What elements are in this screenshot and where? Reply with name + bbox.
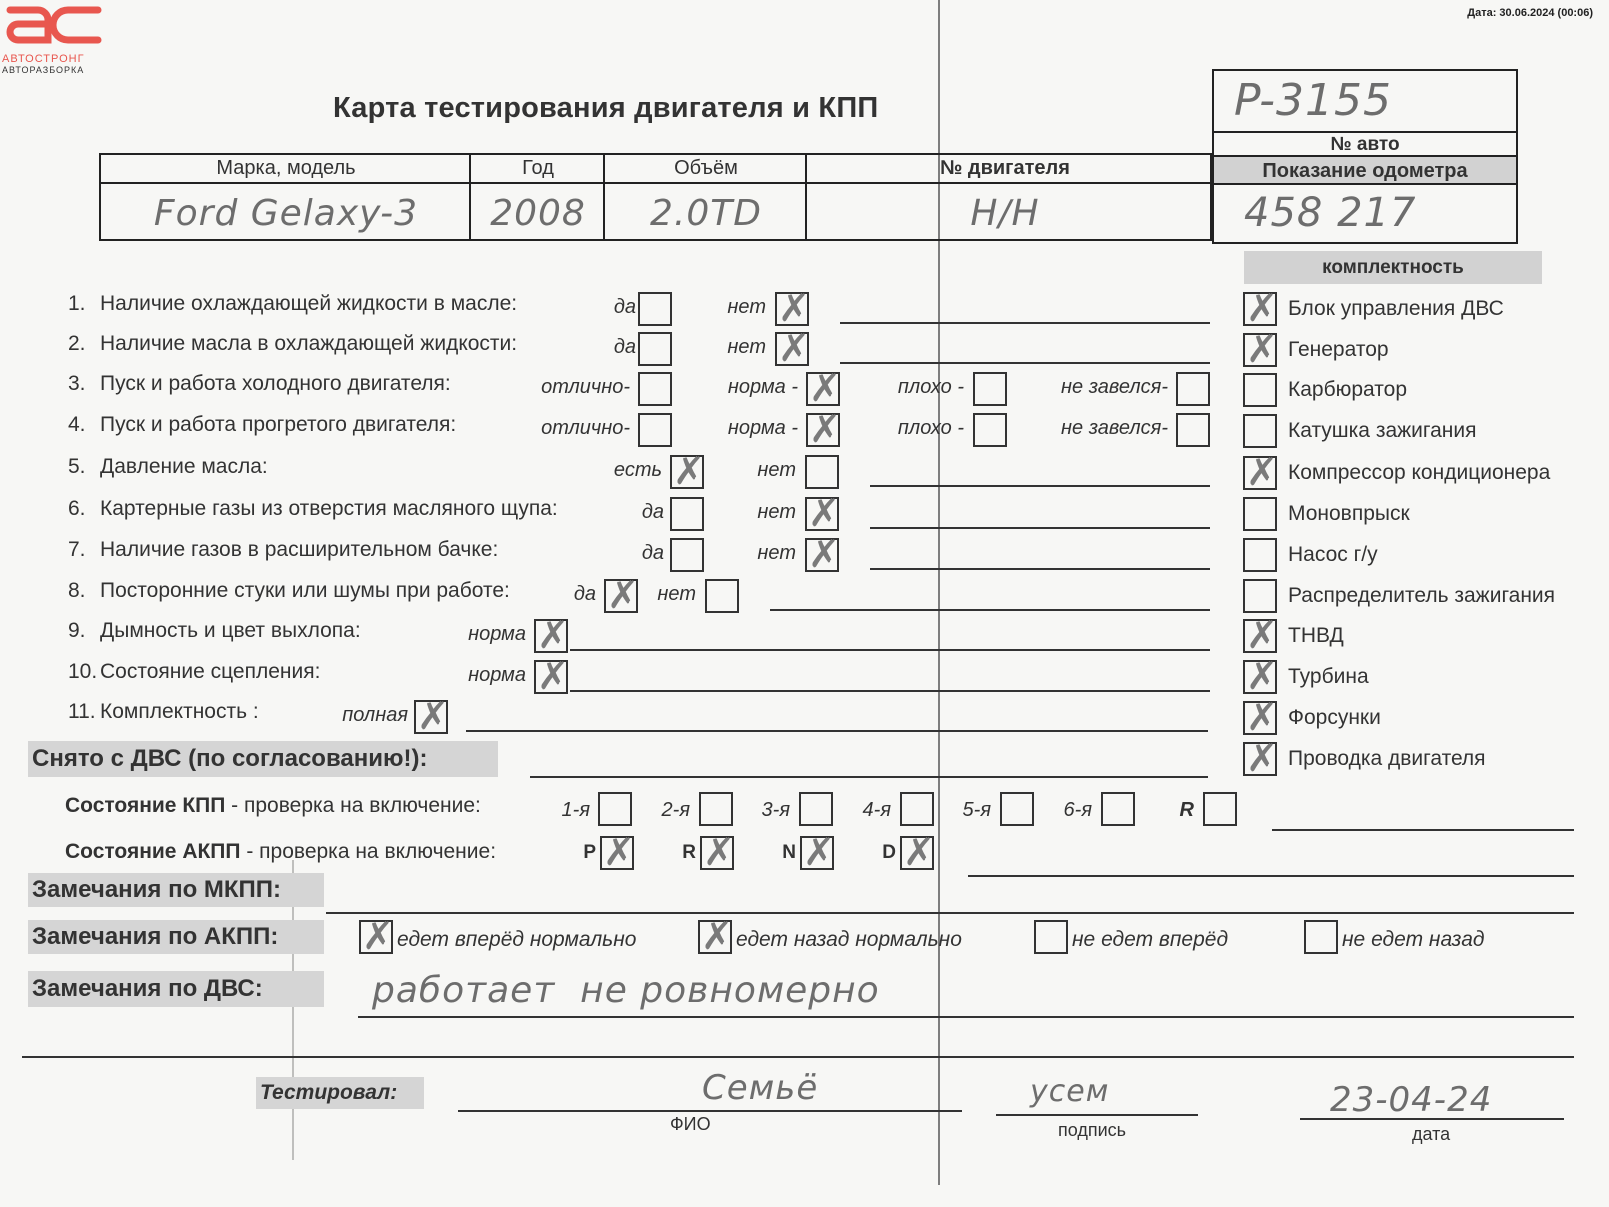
dvs-remarks-line[interactable] xyxy=(358,1016,1574,1018)
option-checkbox[interactable] xyxy=(1176,372,1210,406)
removed-from-engine-label: Снято с ДВС (по согласованию!): xyxy=(28,741,498,777)
brand-subtitle: АВТОРАЗБОРКА xyxy=(2,65,84,75)
option-label: полная xyxy=(342,704,408,727)
signature-value: усем xyxy=(1030,1074,1109,1109)
checklist-item-number: 1. xyxy=(68,292,100,316)
komplektnost-item-label: ТНВД xyxy=(1288,624,1344,648)
komplektnost-checkbox[interactable] xyxy=(1243,579,1277,613)
test-date-caption: дата xyxy=(1412,1124,1450,1145)
checklist-item-number: 9. xyxy=(68,619,100,643)
checklist-item-number: 8. xyxy=(68,579,100,603)
option-checkbox[interactable] xyxy=(534,660,568,694)
option-label: да xyxy=(642,501,664,524)
tester-name-caption: ФИО xyxy=(670,1114,711,1135)
dvs-remarks-value: работает не ровномерно xyxy=(372,970,880,1011)
checklist-notes-line[interactable] xyxy=(570,690,1210,692)
option-checkbox[interactable] xyxy=(775,332,809,366)
kpp-gear-label: 2-я xyxy=(662,799,690,822)
checklist-item-label: 7.Наличие газов в расширительном бачке: xyxy=(68,538,498,562)
komplektnost-checkbox[interactable] xyxy=(1243,456,1277,490)
kpp-gear-label: 4-я xyxy=(863,799,891,822)
kpp-gear-label: 5-я xyxy=(963,799,991,822)
column-make-model: Марка, модель xyxy=(101,155,471,184)
option-label: есть xyxy=(614,459,662,482)
checklist-notes-line[interactable] xyxy=(466,730,1208,732)
akpp-remark-label: едет назад нормально xyxy=(736,928,962,952)
komplektnost-item-label: Моновпрыск xyxy=(1288,502,1410,526)
extra-remarks-line[interactable] xyxy=(22,1056,1574,1058)
komplektnost-item-label: Генератор xyxy=(1288,338,1389,362)
option-checkbox[interactable] xyxy=(534,619,568,653)
checklist-item-label: 9.Дымность и цвет выхлопа: xyxy=(68,619,361,643)
checklist-notes-line[interactable] xyxy=(840,322,1210,324)
komplektnost-item-label: Турбина xyxy=(1288,665,1369,689)
option-checkbox[interactable] xyxy=(638,292,672,326)
checklist-item-label: 5.Давление масла: xyxy=(68,455,268,479)
option-checkbox[interactable] xyxy=(638,372,672,406)
akpp-gear-label: P xyxy=(583,842,596,864)
komplektnost-checkbox[interactable] xyxy=(1243,742,1277,776)
option-label: норма xyxy=(468,664,526,687)
option-checkbox[interactable] xyxy=(775,292,809,326)
mkpp-remarks-line[interactable] xyxy=(326,912,1574,914)
komplektnost-item-label: Форсунки xyxy=(1288,706,1381,730)
komplektnost-checkbox[interactable] xyxy=(1243,373,1277,407)
mkpp-remarks-label: Замечания по МКПП: xyxy=(28,873,324,907)
option-label: да xyxy=(614,336,636,359)
signature-line[interactable] xyxy=(996,1114,1198,1116)
akpp-gear-label: D xyxy=(882,842,896,864)
komplektnost-item-label: Проводка двигателя xyxy=(1288,747,1486,771)
option-checkbox[interactable] xyxy=(805,538,839,572)
brand-name: АВТОСТРОНГ xyxy=(2,53,85,65)
checklist-item-text: Наличие газов в расширительном бачке: xyxy=(100,538,498,561)
kpp-notes-line[interactable] xyxy=(1272,829,1574,831)
removed-from-engine-line[interactable] xyxy=(530,776,1208,778)
test-date-line[interactable] xyxy=(1300,1118,1564,1120)
komplektnost-checkbox[interactable] xyxy=(1243,414,1277,448)
test-date-value: 23-04-24 xyxy=(1330,1080,1492,1120)
option-label: норма - xyxy=(728,417,798,440)
checklist-notes-line[interactable] xyxy=(770,609,1210,611)
option-checkbox[interactable] xyxy=(806,413,840,447)
auto-number-label: № авто xyxy=(1214,131,1516,157)
tester-name-value: Семьё xyxy=(702,1068,818,1108)
kpp-gear-label: 1-я xyxy=(562,799,590,822)
checklist-item-label: 3.Пуск и работа холодного двигателя: xyxy=(68,372,451,396)
engine-number-value: H/H xyxy=(901,186,1109,241)
option-checkbox[interactable] xyxy=(805,497,839,531)
option-checkbox[interactable] xyxy=(806,372,840,406)
komplektnost-checkbox[interactable] xyxy=(1243,538,1277,572)
odometer-label: Показание одометра xyxy=(1214,157,1516,185)
komplektnost-checkbox[interactable] xyxy=(1243,701,1277,735)
checklist-item-number: 5. xyxy=(68,455,100,479)
checklist-item-text: Состояние сцепления: xyxy=(100,660,320,683)
akpp-gear-label: R xyxy=(682,842,696,864)
volume-value: 2.0TD xyxy=(605,186,807,241)
option-checkbox[interactable] xyxy=(670,538,704,572)
option-checkbox[interactable] xyxy=(414,700,448,734)
odometer-value: 458 217 xyxy=(1214,185,1516,242)
checklist-item-number: 4. xyxy=(68,413,100,437)
checklist-item-label: 10.Состояние сцепления: xyxy=(68,660,320,684)
akpp-gear-checkbox[interactable] xyxy=(700,836,734,870)
akpp-remark-checkbox[interactable] xyxy=(359,920,393,954)
option-label: да xyxy=(642,542,664,565)
komplektnost-item-label: Блок управления ДВС xyxy=(1288,297,1504,321)
option-label: нет xyxy=(727,336,766,359)
komplektnost-heading: комплектность xyxy=(1244,251,1542,284)
option-checkbox[interactable] xyxy=(604,579,638,613)
auto-info-box: P-3155 № авто Показание одометра 458 217 xyxy=(1212,69,1518,244)
option-checkbox[interactable] xyxy=(638,413,672,447)
checklist-item-text: Пуск и работа холодного двигателя: xyxy=(100,372,451,395)
checklist-item-text: Пуск и работа прогретого двигателя: xyxy=(100,413,456,436)
komplektnost-item-label: Насос г/у xyxy=(1288,543,1378,567)
akpp-remark-label: едет вперёд нормально xyxy=(397,928,636,952)
checklist-item-number: 11. xyxy=(68,700,100,724)
checklist-item-text: Наличие охлаждающей жидкости в масле: xyxy=(100,292,517,315)
checklist-item-text: Дымность и цвет выхлопа: xyxy=(100,619,361,642)
option-checkbox[interactable] xyxy=(638,332,672,366)
komplektnost-item-label: Распределитель зажигания xyxy=(1288,584,1555,608)
checklist-item-text: Комплектность : xyxy=(100,700,259,723)
option-label: норма xyxy=(468,623,526,646)
akpp-gear-checkbox[interactable] xyxy=(800,836,834,870)
option-checkbox[interactable] xyxy=(705,579,739,613)
kpp-gear-checkbox[interactable] xyxy=(1203,792,1237,826)
page-title: Карта тестирования двигателя и КПП xyxy=(333,92,878,125)
tester-name-line[interactable] xyxy=(458,1110,962,1112)
akpp-remark-label: не едет назад xyxy=(1342,928,1484,952)
checklist-item-label: 1.Наличие охлаждающей жидкости в масле: xyxy=(68,292,517,316)
akpp-remark-checkbox[interactable] xyxy=(1034,920,1068,954)
kpp-gear-label: 6-я xyxy=(1064,799,1092,822)
make-model-value: Ford Gelaxy-3 xyxy=(101,186,471,241)
akpp-gear-checkbox[interactable] xyxy=(900,836,934,870)
checklist-item-label: 11.Комплектность : xyxy=(68,700,259,724)
column-engine-number: № двигателя xyxy=(901,155,1109,184)
option-checkbox[interactable] xyxy=(973,413,1007,447)
akpp-gear-checkbox[interactable] xyxy=(600,836,634,870)
komplektnost-item-label: Карбюратор xyxy=(1288,378,1407,402)
komplektnost-checkbox[interactable] xyxy=(1243,660,1277,694)
checklist-notes-line[interactable] xyxy=(840,362,1210,364)
option-checkbox[interactable] xyxy=(973,372,1007,406)
akpp-remark-checkbox[interactable] xyxy=(698,920,732,954)
checklist-item-number: 6. xyxy=(68,497,100,521)
akpp-remark-label: не едет вперёд xyxy=(1072,928,1228,952)
akpp-notes-line[interactable] xyxy=(968,875,1574,877)
akpp-remarks-label: Замечания по АКПП: xyxy=(28,920,324,954)
checklist-item-label: 8.Посторонние стуки или шумы при работе: xyxy=(68,579,510,603)
option-checkbox[interactable] xyxy=(670,455,704,489)
checklist-item-text: Посторонние стуки или шумы при работе: xyxy=(100,579,510,602)
komplektnost-checkbox[interactable] xyxy=(1243,497,1277,531)
option-label: отлично- xyxy=(541,417,630,440)
year-value: 2008 xyxy=(471,186,605,241)
kpp-gear-checkbox[interactable] xyxy=(1000,792,1034,826)
checklist-item-number: 2. xyxy=(68,332,100,356)
option-label: плохо - xyxy=(898,417,964,440)
option-label: да xyxy=(614,296,636,319)
brand-logo-icon xyxy=(2,0,102,48)
akpp-gear-label: N xyxy=(782,842,796,864)
option-label: нет xyxy=(757,501,796,524)
print-date: Дата: 30.06.2024 (00:06) xyxy=(1467,7,1593,19)
option-label: нет xyxy=(757,542,796,565)
komplektnost-item-label: Компрессор кондиционера xyxy=(1288,461,1550,485)
kpp-gear-label: 3-я xyxy=(762,799,790,822)
signature-caption: подпись xyxy=(1058,1120,1126,1141)
option-checkbox[interactable] xyxy=(805,455,839,489)
option-label: плохо - xyxy=(898,376,964,399)
checklist-item-text: Картерные газы из отверстия масляного щу… xyxy=(100,497,558,520)
option-label: нет xyxy=(657,583,696,606)
checklist-item-label: 2.Наличие масла в охлаждающей жидкости: xyxy=(68,332,517,356)
checklist-notes-line[interactable] xyxy=(870,527,1210,529)
kpp-label: Состояние КПП - проверка на включение: xyxy=(65,794,481,818)
option-label: нет xyxy=(757,459,796,482)
checklist-notes-line[interactable] xyxy=(570,649,1210,651)
option-label: не завелся- xyxy=(1061,376,1168,399)
option-label: нет xyxy=(727,296,766,319)
kpp-gear-checkbox[interactable] xyxy=(900,792,934,826)
komplektnost-item-label: Катушка зажигания xyxy=(1288,419,1476,443)
checklist-item-text: Наличие масла в охлаждающей жидкости: xyxy=(100,332,517,355)
kpp-gear-checkbox[interactable] xyxy=(1101,792,1135,826)
checklist-item-number: 3. xyxy=(68,372,100,396)
kpp-gear-label: R xyxy=(1180,799,1194,822)
checklist-item-label: 4.Пуск и работа прогретого двигателя: xyxy=(68,413,456,437)
tested-by-label: Тестировал: xyxy=(256,1077,424,1109)
kpp-gear-checkbox[interactable] xyxy=(598,792,632,826)
komplektnost-checkbox[interactable] xyxy=(1243,333,1277,367)
option-checkbox[interactable] xyxy=(670,497,704,531)
auto-number-value: P-3155 xyxy=(1214,71,1516,131)
checklist-notes-line[interactable] xyxy=(870,568,1210,570)
akpp-remark-checkbox[interactable] xyxy=(1304,920,1338,954)
checklist-item-number: 7. xyxy=(68,538,100,562)
checklist-item-label: 6.Картерные газы из отверстия масляного … xyxy=(68,497,558,521)
column-year: Год xyxy=(471,155,605,184)
option-label: норма - xyxy=(728,376,798,399)
column-volume: Объём xyxy=(605,155,807,184)
option-checkbox[interactable] xyxy=(1176,413,1210,447)
kpp-gear-checkbox[interactable] xyxy=(699,792,733,826)
akpp-label: Состояние АКПП - проверка на включение: xyxy=(65,840,496,864)
vehicle-info-table: Марка, модель Год Объём № двигателя Ford… xyxy=(99,153,1212,241)
option-label: отлично- xyxy=(541,376,630,399)
kpp-gear-checkbox[interactable] xyxy=(799,792,833,826)
dvs-remarks-label: Замечания по ДВС: xyxy=(28,971,324,1007)
checklist-notes-line[interactable] xyxy=(870,485,1210,487)
option-label: не завелся- xyxy=(1061,417,1168,440)
option-label: да xyxy=(574,583,596,606)
checklist-item-number: 10. xyxy=(68,660,100,684)
komplektnost-checkbox[interactable] xyxy=(1243,292,1277,326)
checklist-item-text: Давление масла: xyxy=(100,455,268,478)
komplektnost-checkbox[interactable] xyxy=(1243,619,1277,653)
